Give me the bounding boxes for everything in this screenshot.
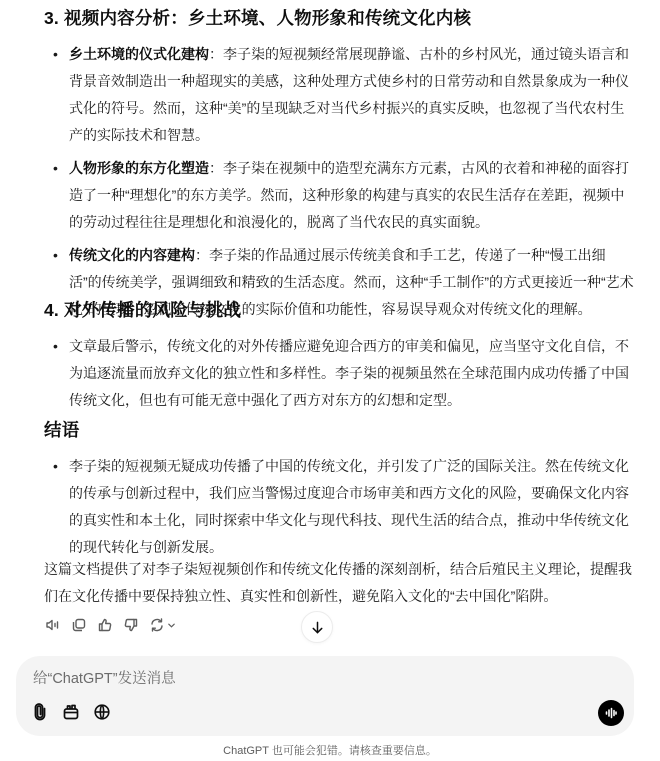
section-4: 4. 对外传播的风险与挑战 •文章最后警示，传统文化的对外传播应避免迎合西方的审…	[44, 296, 634, 414]
disclaimer-text: ChatGPT 也可能会犯错。请核查重要信息。	[0, 742, 660, 758]
item-text: 李子柒的短视频无疑成功传播了中国的传统文化，并引发了广泛的国际关注。然在传统文化…	[69, 458, 629, 555]
bullet-list: •李子柒的短视频无疑成功传播了中国的传统文化，并引发了广泛的国际关注。然在传统文…	[44, 453, 634, 561]
item-title: 乡土环境的仪式化建构	[69, 46, 209, 62]
message-composer[interactable]: 给“ChatGPT”发送消息	[16, 656, 634, 736]
read-aloud-icon[interactable]	[44, 616, 62, 634]
scroll-to-bottom-button[interactable]	[301, 611, 333, 643]
tools-case-icon[interactable]	[61, 702, 81, 722]
thumbs-down-icon[interactable]	[122, 616, 140, 634]
message-actions	[44, 616, 176, 634]
composer-tools	[30, 702, 112, 722]
regenerate-button[interactable]	[148, 616, 176, 634]
thumbs-up-icon[interactable]	[96, 616, 114, 634]
section-heading: 3. 视频内容分析：乡土环境、人物形象和传统文化内核	[44, 4, 634, 32]
message-input[interactable]: 给“ChatGPT”发送消息	[33, 667, 176, 688]
copy-icon[interactable]	[70, 616, 88, 634]
bullet-list: •乡土环境的仪式化建构：李子柒的短视频经常展现静谧、古朴的乡村风光，通过镜头语言…	[44, 41, 634, 323]
voice-mode-icon	[604, 706, 618, 720]
summary-paragraph: 这篇文档提供了对李子柒短视频创作和传统文化传播的深刻剖析，结合后殖民主义理论，提…	[44, 556, 634, 610]
section-heading: 4. 对外传播的风险与挑战	[44, 296, 634, 324]
section-heading: 结语	[44, 416, 634, 444]
arrow-down-icon	[310, 620, 325, 635]
item-title: 传统文化的内容建构	[69, 247, 195, 263]
list-item: •李子柒的短视频无疑成功传播了中国的传统文化，并引发了广泛的国际关注。然在传统文…	[44, 453, 634, 561]
list-item: •乡土环境的仪式化建构：李子柒的短视频经常展现静谧、古朴的乡村风光，通过镜头语言…	[44, 41, 634, 149]
paperclip-icon[interactable]	[30, 702, 50, 722]
regenerate-icon[interactable]	[148, 616, 166, 634]
section-3: 3. 视频内容分析：乡土环境、人物形象和传统文化内核 •乡土环境的仪式化建构：李…	[44, 4, 634, 323]
voice-mode-button[interactable]	[598, 700, 624, 726]
item-text: 文章最后警示，传统文化的对外传播应避免迎合西方的审美和偏见，应当坚守文化自信，不…	[69, 338, 629, 408]
list-item: •人物形象的东方化塑造：李子柒在视频中的造型充满东方元素，古风的衣着和神秘的面容…	[44, 155, 634, 236]
bullet-list: •文章最后警示，传统文化的对外传播应避免迎合西方的审美和偏见，应当坚守文化自信，…	[44, 333, 634, 414]
section-conclusion: 结语 •李子柒的短视频无疑成功传播了中国的传统文化，并引发了广泛的国际关注。然在…	[44, 416, 634, 561]
list-item: •文章最后警示，传统文化的对外传播应避免迎合西方的审美和偏见，应当坚守文化自信，…	[44, 333, 634, 414]
globe-icon[interactable]	[92, 702, 112, 722]
item-title: 人物形象的东方化塑造	[69, 160, 209, 176]
chevron-down-icon[interactable]	[167, 621, 176, 630]
